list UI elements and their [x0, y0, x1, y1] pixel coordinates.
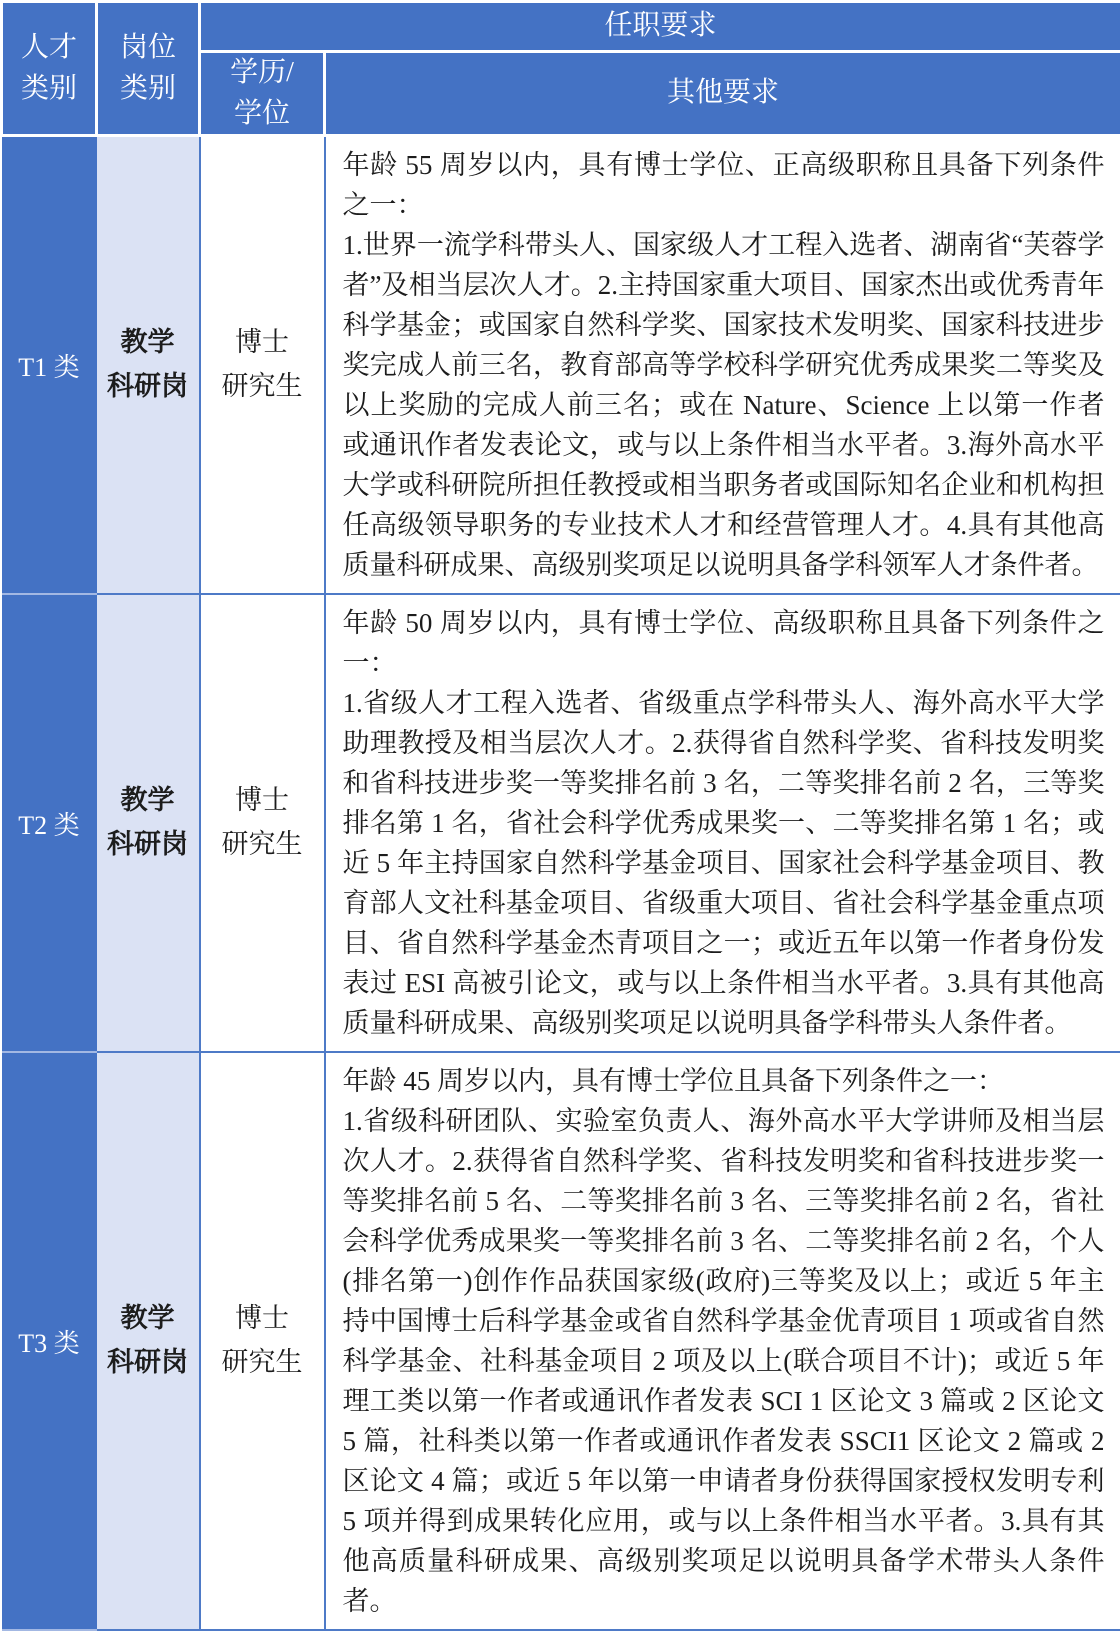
- recruitment-requirements-table: 人才 类别 岗位 类别 任职要求 学历/ 学位 其他要求 T1 类 教学 科研岗: [0, 0, 1120, 1631]
- t3-talent-type: T3 类: [2, 1052, 97, 1630]
- header-education-line1: 学历/: [201, 53, 323, 94]
- t1-position-line1: 教学: [97, 321, 199, 365]
- t2-position-line2: 科研岗: [97, 823, 199, 867]
- t3-degree: 博士 研究生: [200, 1052, 325, 1630]
- header-cell-job-requirements: 任职要求: [200, 2, 1120, 52]
- t3-degree-line2: 研究生: [201, 1341, 324, 1385]
- t2-degree-line2: 研究生: [201, 823, 324, 867]
- table-row-t1: T1 类 教学 科研岗 博士 研究生 年龄 55 周岁以内，具有博士学位、正高级…: [2, 136, 1120, 595]
- header-position-line2: 类别: [98, 69, 198, 110]
- t3-position-line1: 教学: [97, 1297, 199, 1341]
- t2-degree: 博士 研究生: [200, 594, 325, 1052]
- header-talent-line2: 类别: [3, 69, 95, 110]
- header-cell-other-requirements: 其他要求: [325, 52, 1120, 136]
- t1-requirements: 年龄 55 周岁以内，具有博士学位、正高级职称且具备下列条件之一： 1.世界一流…: [325, 136, 1120, 595]
- header-education-line2: 学位: [201, 94, 323, 135]
- t1-requirements-intro: 年龄 55 周岁以内，具有博士学位、正高级职称且具备下列条件之一：: [343, 145, 1105, 225]
- t2-degree-line1: 博士: [201, 779, 324, 823]
- header-cell-education-degree: 学历/ 学位: [200, 52, 325, 136]
- t3-position-line2: 科研岗: [97, 1341, 199, 1385]
- t3-position-category: 教学 科研岗: [97, 1052, 200, 1630]
- header-cell-talent-category: 人才 类别: [2, 2, 97, 136]
- table-row-t2: T2 类 教学 科研岗 博士 研究生 年龄 50 周岁以内，具有博士学位、高级职…: [2, 594, 1120, 1052]
- t1-degree: 博士 研究生: [200, 136, 325, 595]
- t1-requirements-body: 1.世界一流学科带头人、国家级人才工程入选者、湖南省“芙蓉学者”及相当层次人才。…: [343, 225, 1105, 585]
- table-row-t3: T3 类 教学 科研岗 博士 研究生 年龄 45 周岁以内，具有博士学位且具备下…: [2, 1052, 1120, 1630]
- t2-position-category: 教学 科研岗: [97, 594, 200, 1052]
- t3-requirements-intro: 年龄 45 周岁以内，具有博士学位且具备下列条件之一：: [343, 1061, 1105, 1101]
- header-cell-position-category: 岗位 类别: [97, 2, 200, 136]
- t1-degree-line2: 研究生: [201, 365, 324, 409]
- t3-degree-line1: 博士: [201, 1297, 324, 1341]
- t1-degree-line1: 博士: [201, 321, 324, 365]
- t2-position-line1: 教学: [97, 779, 199, 823]
- table-header: 人才 类别 岗位 类别 任职要求 学历/ 学位 其他要求: [2, 2, 1120, 136]
- t3-requirements: 年龄 45 周岁以内，具有博士学位且具备下列条件之一： 1.省级科研团队、实验室…: [325, 1052, 1120, 1630]
- t2-requirements-body: 1.省级人才工程入选者、省级重点学科带头人、海外高水平大学助理教授及相当层次人才…: [343, 683, 1105, 1043]
- t1-talent-type: T1 类: [2, 136, 97, 595]
- t1-position-category: 教学 科研岗: [97, 136, 200, 595]
- t2-requirements-intro: 年龄 50 周岁以内，具有博士学位、高级职称且具备下列条件之一：: [343, 603, 1105, 683]
- t1-position-line2: 科研岗: [97, 365, 199, 409]
- t2-talent-type: T2 类: [2, 594, 97, 1052]
- t2-requirements: 年龄 50 周岁以内，具有博士学位、高级职称且具备下列条件之一： 1.省级人才工…: [325, 594, 1120, 1052]
- header-talent-line1: 人才: [3, 28, 95, 69]
- t3-requirements-body: 1.省级科研团队、实验室负责人、海外高水平大学讲师及相当层次人才。2.获得省自然…: [343, 1101, 1105, 1621]
- header-position-line1: 岗位: [98, 28, 198, 69]
